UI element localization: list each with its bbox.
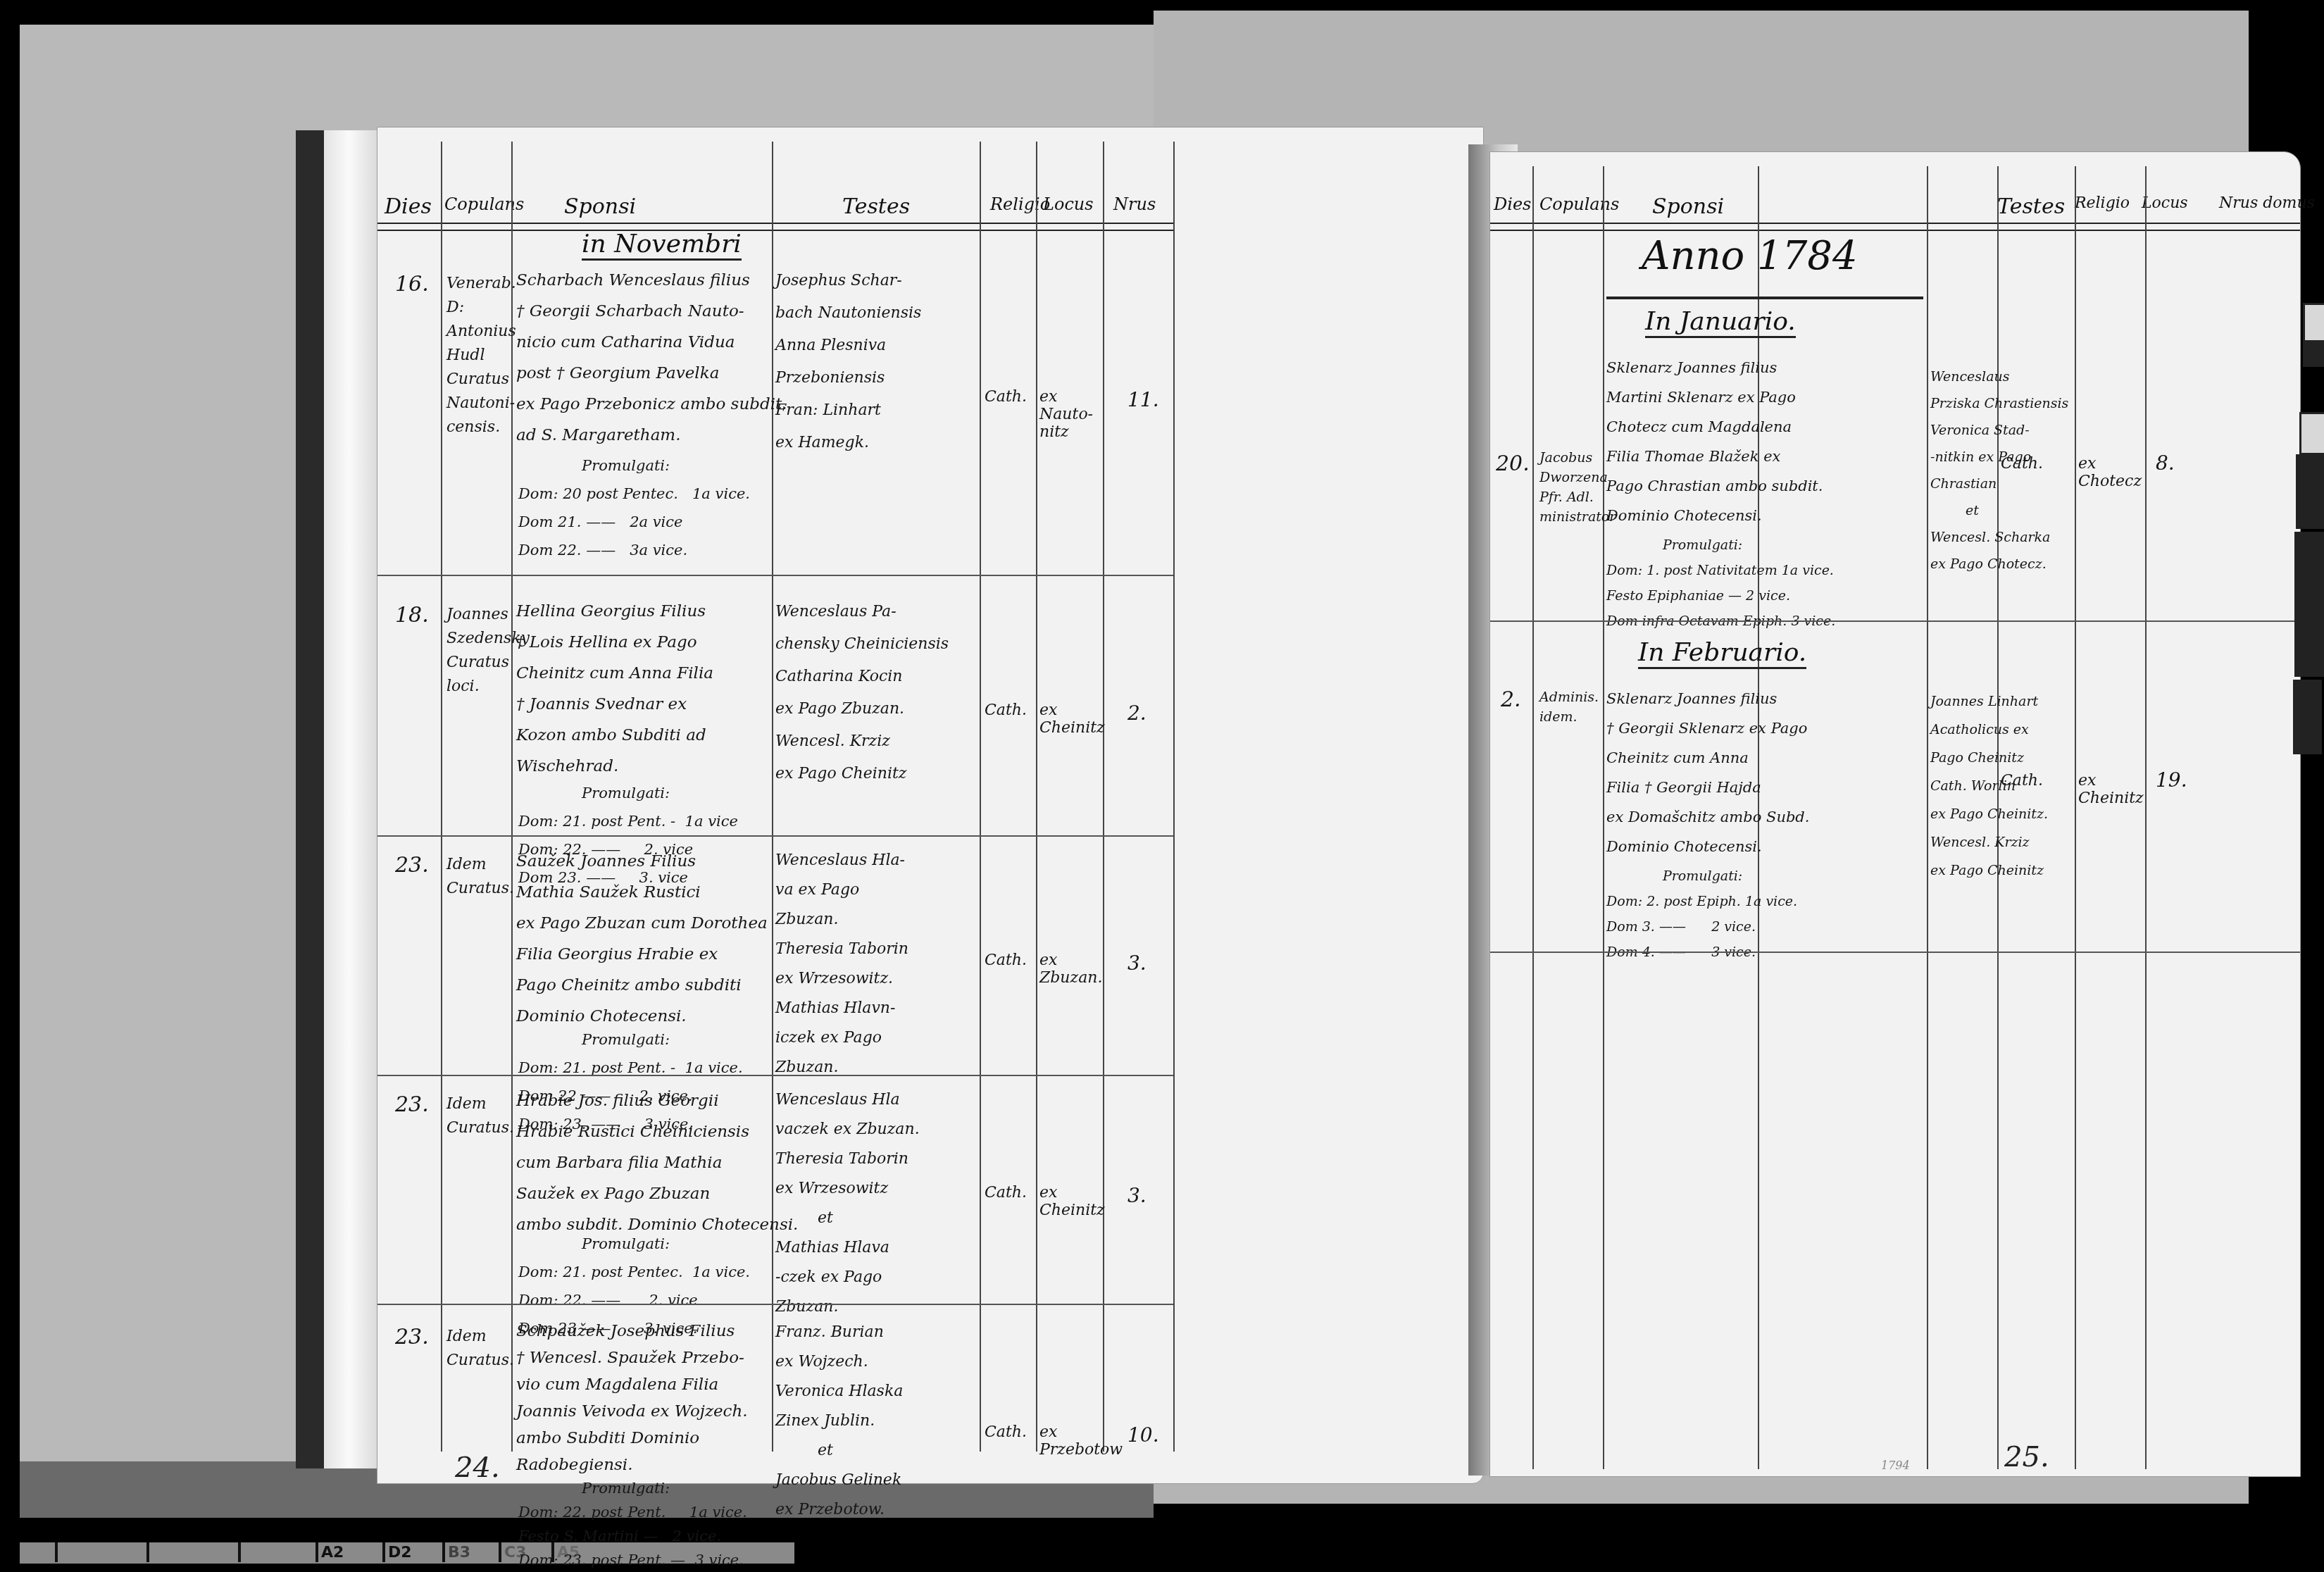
register-book: Dies Copulans Sponsi Testes Religio Locu… xyxy=(296,116,2014,1497)
column-header-testes: Testes xyxy=(842,194,910,219)
column-header-copulans: Copulans xyxy=(1539,194,1619,214)
year-heading: Anno 1784 xyxy=(1642,233,1858,279)
entry-locus: ex Cheinitz xyxy=(1039,1184,1105,1219)
entry-day: 23. xyxy=(395,853,429,878)
entry-testes: Wenceslaus Hlavaczek ex Zbuzan.Theresia … xyxy=(775,1085,920,1322)
month-heading: in Novembri xyxy=(582,230,742,258)
scale-label: B3 xyxy=(448,1544,470,1561)
entry-promulgati: Promulgati: Dom: 22. post Pent. 1a vice.… xyxy=(518,1476,747,1572)
column-header-nrus: Nrus xyxy=(1113,194,1156,214)
entry-day: 2. xyxy=(1501,687,1521,712)
entry-locus: ex Zbuzan. xyxy=(1039,952,1102,987)
column-header-locus: Locus xyxy=(2142,194,2188,212)
entry-copulans: Adminis.idem. xyxy=(1539,687,1599,727)
paper-slip xyxy=(2293,680,2322,754)
entry-promulgati: Promulgati: Dom: 20 post Pentec. 1a vice… xyxy=(518,451,750,564)
entry-sponsi: Schpaužek Josephus Filius† Wencesl. Spau… xyxy=(516,1318,748,1478)
paper-slip xyxy=(2303,342,2324,367)
entry-religio: Cath. xyxy=(2001,455,2043,473)
column-header-religio: Religio xyxy=(990,194,1050,214)
entry-sponsi: Scharbach Wenceslaus filius† Georgii Sch… xyxy=(516,265,787,451)
entry-number: 2. xyxy=(1127,701,1147,725)
entry-locus: ex Nauto-nitz xyxy=(1039,388,1099,441)
month-heading: In Januario. xyxy=(1645,307,1796,336)
entry-number: 10. xyxy=(1127,1423,1159,1447)
column-header-sponsi: Sponsi xyxy=(564,194,636,219)
entry-copulans: JacobusDworzenaPfr. Adl.ministrator xyxy=(1539,448,1616,527)
header-rule xyxy=(377,223,1173,231)
column-header-nrus-domus: Nrus domus xyxy=(2219,194,2315,212)
entry-sponsi: Sklenarz Joannes filiusMartini Sklenarz … xyxy=(1606,353,1823,530)
entry-religio: Cath. xyxy=(985,952,1027,969)
entry-locus: ex Cheinitz xyxy=(1039,701,1105,737)
entry-sponsi: Sklenarz Joannes filius† Georgii Sklenar… xyxy=(1606,684,1809,861)
entry-day: 23. xyxy=(395,1092,429,1117)
entry-religio: Cath. xyxy=(985,388,1027,406)
page-number: 24. xyxy=(455,1452,500,1484)
entry-number: 3. xyxy=(1127,952,1147,975)
month-heading: In Februario. xyxy=(1638,638,1806,667)
column-header-dies: Dies xyxy=(385,194,432,219)
paper-slip xyxy=(2296,454,2324,529)
entry-testes: WenceslausPrziska ChrastiensisVeronica S… xyxy=(1930,363,2068,578)
left-page: Dies Copulans Sponsi Testes Religio Locu… xyxy=(377,127,1484,1484)
entry-day: 20. xyxy=(1496,451,1530,476)
entry-sponsi: Saužek Joannes FiliusMathia Saužek Rusti… xyxy=(516,846,768,1032)
entry-testes: Wenceslaus Hla-va ex PagoZbuzan.Theresia… xyxy=(775,846,908,1083)
entry-locus: ex Przebotow xyxy=(1039,1423,1123,1459)
entry-number: 8. xyxy=(2156,451,2175,475)
column-header-religio: Religio xyxy=(2075,194,2130,212)
entry-promulgati: Promulgati: Dom: 1. post Nativitatem 1a … xyxy=(1606,532,1835,634)
column-header-locus: Locus xyxy=(1043,194,1094,214)
entry-testes: Franz. Burianex Wojzech.Veronica HlaskaZ… xyxy=(775,1318,903,1525)
entry-religio: Cath. xyxy=(985,701,1027,719)
entry-locus: ex Chotecz xyxy=(2078,455,2142,490)
header-rule xyxy=(1490,223,2300,231)
entry-testes: Wenceslaus Pa-chensky CheiniciensisCatha… xyxy=(775,596,949,790)
paper-slip xyxy=(2294,532,2324,677)
entry-promulgati: Promulgati: Dom: 2. post Epiph. 1a vice.… xyxy=(1606,863,1797,965)
scale-label: D2 xyxy=(388,1544,412,1561)
entry-religio: Cath. xyxy=(985,1184,1027,1202)
entry-copulans: Venerab.D: AntoniusHudlCuratusNautoni-ce… xyxy=(446,272,516,439)
paper-slip xyxy=(2303,303,2324,342)
entry-copulans: IdemCuratus. xyxy=(446,1092,514,1140)
column-header-sponsi: Sponsi xyxy=(1652,194,1724,219)
pencil-note: 1794 xyxy=(1881,1459,1910,1472)
column-header-dies: Dies xyxy=(1494,194,1531,214)
entry-religio: Cath. xyxy=(985,1423,1027,1441)
page-number: 25. xyxy=(2004,1441,2049,1473)
column-header-testes: Testes xyxy=(1997,194,2065,219)
entry-number: 19. xyxy=(2156,768,2187,792)
entry-testes: Josephus Schar-bach NautoniensisAnna Ple… xyxy=(775,265,921,459)
entry-copulans: IdemCuratus. xyxy=(446,853,514,901)
entry-number: 11. xyxy=(1127,388,1159,411)
entry-sponsi: Hellina Georgius Filius† Lois Hellina ex… xyxy=(516,596,713,782)
entry-copulans: IdemCuratus. xyxy=(446,1325,514,1373)
entry-locus: ex Cheinitz xyxy=(2078,772,2144,807)
entry-religio: Cath. xyxy=(2001,772,2043,790)
scale-label: A2 xyxy=(321,1544,344,1561)
entry-day: 18. xyxy=(395,603,429,628)
entry-number: 3. xyxy=(1127,1184,1147,1207)
right-page: Dies Copulans Sponsi Testes Religio Locu… xyxy=(1489,151,2301,1477)
entry-day: 23. xyxy=(395,1325,429,1349)
entry-day: 16. xyxy=(395,272,429,297)
paper-slip xyxy=(2299,412,2324,455)
entry-sponsi: Hrabie Jos. filius GeorgiiHrabie Rustici… xyxy=(516,1085,798,1240)
